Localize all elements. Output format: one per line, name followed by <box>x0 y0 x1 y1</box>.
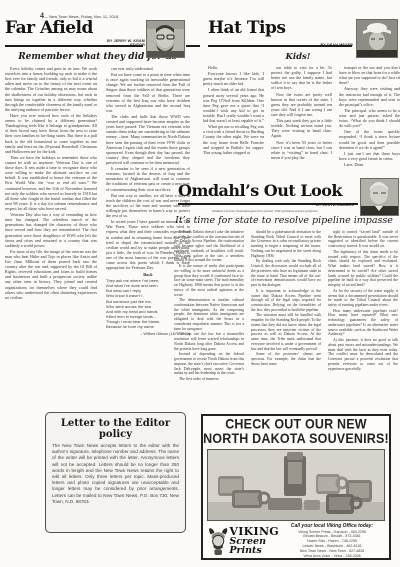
lloyd-omdahl-photo <box>360 178 399 216</box>
letter-policy-text: The New Town News accepts letters to the… <box>52 443 179 505</box>
viking-office-list: Viking Screen Prints - Garrison - 463-22… <box>279 530 385 559</box>
hat-tips-column-1: Hello,Everyone knows I like kids. I gues… <box>203 65 264 168</box>
hat-tips-column-3: trumpet or the sax and you don’t have to… <box>339 65 400 168</box>
hat-tips-column-2: our table to visit for a bit. To protect… <box>271 65 332 168</box>
hat-tips-rule <box>208 45 352 47</box>
souvenirs-photo <box>207 449 385 521</box>
dean-meyer-portrait-art <box>357 20 397 57</box>
souvenir-ad-headline: CHECK OUT OUR NEW NORTH DAKOTA SOUVENIRS… <box>203 417 389 446</box>
jerry-kram-portrait-art <box>147 21 184 57</box>
jerry-kram-photo <box>146 20 185 58</box>
viking-logo-name: VIKING <box>229 526 279 537</box>
omdahl-column-1: If North Dakota doesn’t take the initiat… <box>174 230 244 383</box>
far-afield-column-1: Every holiday comes and goes in its turn… <box>5 66 97 336</box>
omdahl-rule <box>178 203 358 205</box>
omdahl-column-3: right to control “sacred land” outside o… <box>328 230 398 383</box>
souvenir-ad-headline-line1: CHECK OUT OUR NEW <box>203 417 389 431</box>
viking-mascot-icon <box>207 526 229 556</box>
viking-logo: VIKING Screen Prints <box>207 523 279 559</box>
dean-meyer-photo <box>356 19 398 58</box>
viking-offices: Call your local Viking Office today: Vik… <box>279 523 385 559</box>
lloyd-omdahl-portrait-art <box>361 179 398 215</box>
viking-logo-line3: Prints <box>229 546 279 556</box>
viking-call-heading: Call your local Viking Office today: <box>279 523 385 529</box>
souvenir-ad-footer: VIKING Screen Prints Call your local Vik… <box>203 523 389 559</box>
far-afield-body: Every holiday comes and goes in its turn… <box>5 66 197 336</box>
omdahl-tagline: Omdahl a former lieutenant governor, for… <box>174 209 356 213</box>
far-afield-rule-dash <box>186 45 200 47</box>
far-afield-rule <box>5 45 143 47</box>
omdahl-body: If North Dakota doesn’t take the initiat… <box>174 230 400 383</box>
letter-policy-box: Letter to the Editor policy The New Town… <box>45 412 186 533</box>
omdahl-column-2: should be a gubernatorial invitation to … <box>251 230 321 383</box>
hat-tips-body: Hello,Everyone knows I like kids. I gues… <box>203 65 400 168</box>
letter-policy-title: Letter to the Editor policy <box>52 418 179 440</box>
newspaper-page: 4— New Town News, Friday, Nov. 11, 2016 … <box>0 0 400 567</box>
souvenir-ad-headline-line2: NORTH DAKOTA SOUVENIRS! <box>203 432 389 446</box>
far-afield-section: Far Afield BY JERRY W. KRAM EDITOR Remem… <box>5 18 197 336</box>
souvenir-ad: CHECK OUT OUR NEW NORTH DAKOTA SOUVENIRS… <box>201 414 391 560</box>
